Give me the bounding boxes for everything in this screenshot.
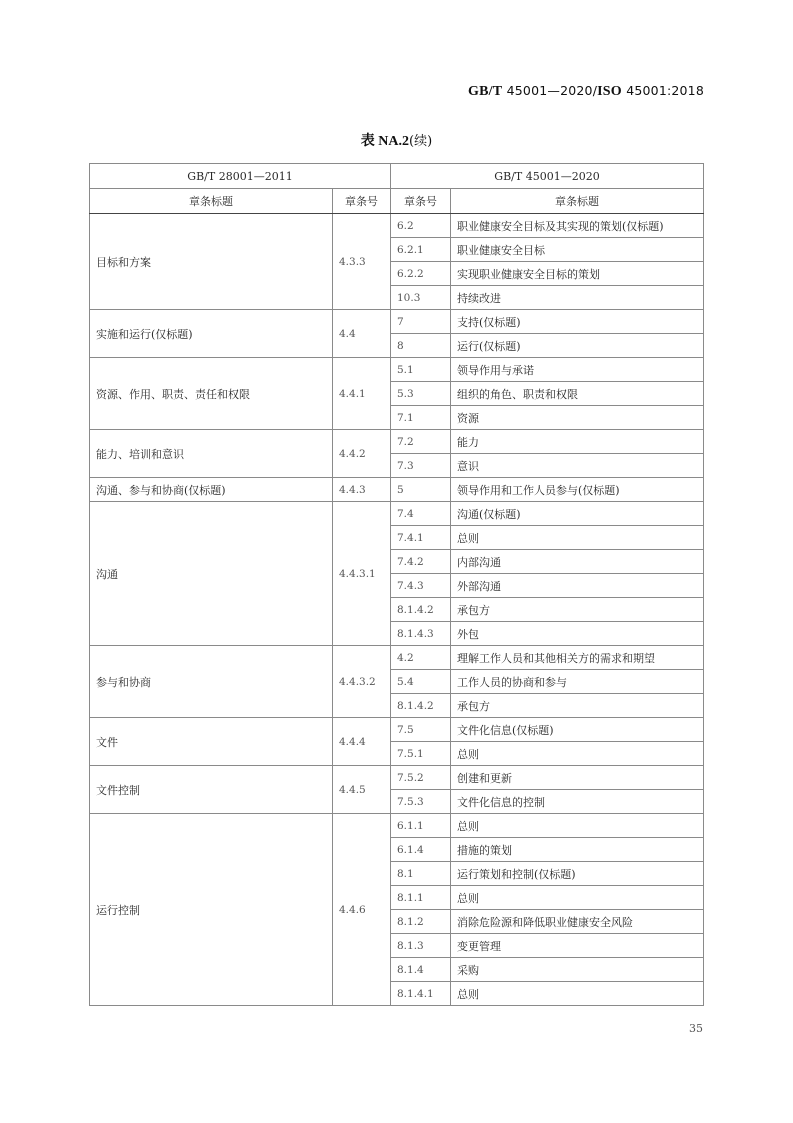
new-clause-title: 运行(仅标题) [451, 334, 704, 358]
new-clause-number: 7.2 [391, 430, 451, 454]
new-clause-number: 4.2 [391, 646, 451, 670]
new-clause-title: 组织的角色、职责和权限 [451, 382, 704, 406]
new-clause-title: 职业健康安全目标 [451, 238, 704, 262]
new-clause-title: 总则 [451, 982, 704, 1006]
new-clause-title: 持续改进 [451, 286, 704, 310]
new-clause-number: 8.1.1 [391, 886, 451, 910]
old-clause-title: 实施和运行(仅标题) [90, 310, 333, 358]
new-clause-title: 外包 [451, 622, 704, 646]
group-header-row: GB/T 28001—2011 GB/T 45001—2020 [90, 164, 704, 189]
col-header-new-clause: 章条号 [391, 189, 451, 214]
new-clause-number: 6.1.1 [391, 814, 451, 838]
table-row: 参与和协商4.4.3.24.2理解工作人员和其他相关方的需求和期望 [90, 646, 704, 670]
new-clause-number: 8.1.4.1 [391, 982, 451, 1006]
new-clause-title: 消除危险源和降低职业健康安全风险 [451, 910, 704, 934]
column-header-row: 章条标题 章条号 章条号 章条标题 [90, 189, 704, 214]
new-clause-number: 7.1 [391, 406, 451, 430]
new-clause-number: 8.1.4.2 [391, 694, 451, 718]
new-clause-number: 7.4.1 [391, 526, 451, 550]
new-clause-number: 6.2.2 [391, 262, 451, 286]
std-prefix: GB/T [468, 84, 502, 99]
new-clause-title: 总则 [451, 886, 704, 910]
new-clause-title: 总则 [451, 526, 704, 550]
table-row: 运行控制4.4.66.1.1总则 [90, 814, 704, 838]
table-row: 资源、作用、职责、责任和权限4.4.15.1领导作用与承诺 [90, 358, 704, 382]
new-clause-number: 7.5.1 [391, 742, 451, 766]
new-clause-title: 文件化信息(仅标题) [451, 718, 704, 742]
new-clause-title: 领导作用与承诺 [451, 358, 704, 382]
old-clause-title: 资源、作用、职责、责任和权限 [90, 358, 333, 430]
correspondence-table: GB/T 28001—2011 GB/T 45001—2020 章条标题 章条号… [89, 163, 704, 1006]
new-clause-number: 7.4 [391, 502, 451, 526]
table-row: 沟通、参与和协商(仅标题)4.4.35领导作用和工作人员参与(仅标题) [90, 478, 704, 502]
new-clause-title: 总则 [451, 814, 704, 838]
new-clause-number: 6.1.4 [391, 838, 451, 862]
old-clause-number: 4.3.3 [333, 214, 391, 310]
new-clause-title: 运行策划和控制(仅标题) [451, 862, 704, 886]
col-header-old-title: 章条标题 [90, 189, 333, 214]
new-clause-title: 文件化信息的控制 [451, 790, 704, 814]
col-header-old-clause: 章条号 [333, 189, 391, 214]
old-clause-number: 4.4.1 [333, 358, 391, 430]
old-clause-title: 能力、培训和意识 [90, 430, 333, 478]
old-clause-number: 4.4.6 [333, 814, 391, 1006]
new-clause-title: 资源 [451, 406, 704, 430]
old-clause-title: 文件控制 [90, 766, 333, 814]
new-clause-number: 6.2 [391, 214, 451, 238]
new-clause-number: 7.4.2 [391, 550, 451, 574]
new-clause-number: 8.1.4.2 [391, 598, 451, 622]
old-clause-title: 运行控制 [90, 814, 333, 1006]
new-clause-number: 7.5.2 [391, 766, 451, 790]
new-clause-title: 意识 [451, 454, 704, 478]
new-clause-title: 沟通(仅标题) [451, 502, 704, 526]
new-clause-title: 外部沟通 [451, 574, 704, 598]
new-clause-number: 8.1.3 [391, 934, 451, 958]
new-clause-title: 支持(仅标题) [451, 310, 704, 334]
old-clause-number: 4.4.3.2 [333, 646, 391, 718]
table-body: 目标和方案4.3.36.2职业健康安全目标及其实现的策划(仅标题)6.2.1职业… [90, 214, 704, 1006]
table-row: 沟通4.4.3.17.4沟通(仅标题) [90, 502, 704, 526]
group-header-old: GB/T 28001—2011 [90, 164, 391, 189]
table-row: 目标和方案4.3.36.2职业健康安全目标及其实现的策划(仅标题) [90, 214, 704, 238]
new-clause-number: 5.4 [391, 670, 451, 694]
old-clause-title: 参与和协商 [90, 646, 333, 718]
table-title: 表 NA.2(续) [0, 130, 793, 150]
new-clause-title: 职业健康安全目标及其实现的策划(仅标题) [451, 214, 704, 238]
new-clause-title: 实现职业健康安全目标的策划 [451, 262, 704, 286]
old-clause-title: 沟通、参与和协商(仅标题) [90, 478, 333, 502]
table-row: 文件4.4.47.5文件化信息(仅标题) [90, 718, 704, 742]
old-clause-title: 文件 [90, 718, 333, 766]
new-clause-title: 采购 [451, 958, 704, 982]
new-clause-number: 6.2.1 [391, 238, 451, 262]
new-clause-number: 7.3 [391, 454, 451, 478]
standard-number-header: GB/T 45001—2020/ISO 45001:2018 [468, 83, 704, 100]
new-clause-title: 理解工作人员和其他相关方的需求和期望 [451, 646, 704, 670]
table-label: 表 NA.2 [361, 134, 409, 149]
new-clause-number: 7.4.3 [391, 574, 451, 598]
old-clause-number: 4.4.2 [333, 430, 391, 478]
new-clause-number: 7.5 [391, 718, 451, 742]
col-header-new-title: 章条标题 [451, 189, 704, 214]
old-clause-number: 4.4.3.1 [333, 502, 391, 646]
old-clause-number: 4.4 [333, 310, 391, 358]
std-number: 45001—2020/ [507, 83, 598, 98]
group-header-new: GB/T 45001—2020 [391, 164, 704, 189]
table-row: 文件控制4.4.57.5.2创建和更新 [90, 766, 704, 790]
new-clause-title: 承包方 [451, 598, 704, 622]
old-clause-title: 目标和方案 [90, 214, 333, 310]
new-clause-number: 8.1.2 [391, 910, 451, 934]
new-clause-title: 总则 [451, 742, 704, 766]
new-clause-number: 7 [391, 310, 451, 334]
new-clause-title: 变更管理 [451, 934, 704, 958]
page-number: 35 [689, 1022, 703, 1035]
iso-number: 45001:2018 [626, 83, 704, 98]
new-clause-number: 7.5.3 [391, 790, 451, 814]
new-clause-number: 8 [391, 334, 451, 358]
new-clause-title: 承包方 [451, 694, 704, 718]
new-clause-number: 10.3 [391, 286, 451, 310]
new-clause-title: 创建和更新 [451, 766, 704, 790]
new-clause-number: 8.1.4 [391, 958, 451, 982]
new-clause-number: 8.1.4.3 [391, 622, 451, 646]
table-continued: (续) [409, 134, 432, 149]
new-clause-title: 领导作用和工作人员参与(仅标题) [451, 478, 704, 502]
old-clause-title: 沟通 [90, 502, 333, 646]
new-clause-number: 5.3 [391, 382, 451, 406]
old-clause-number: 4.4.5 [333, 766, 391, 814]
new-clause-title: 措施的策划 [451, 838, 704, 862]
new-clause-number: 5.1 [391, 358, 451, 382]
new-clause-number: 8.1 [391, 862, 451, 886]
new-clause-title: 工作人员的协商和参与 [451, 670, 704, 694]
table-row: 实施和运行(仅标题)4.47支持(仅标题) [90, 310, 704, 334]
iso-prefix: ISO [597, 84, 622, 99]
old-clause-number: 4.4.4 [333, 718, 391, 766]
new-clause-title: 能力 [451, 430, 704, 454]
new-clause-title: 内部沟通 [451, 550, 704, 574]
new-clause-number: 5 [391, 478, 451, 502]
table-row: 能力、培训和意识4.4.27.2能力 [90, 430, 704, 454]
old-clause-number: 4.4.3 [333, 478, 391, 502]
